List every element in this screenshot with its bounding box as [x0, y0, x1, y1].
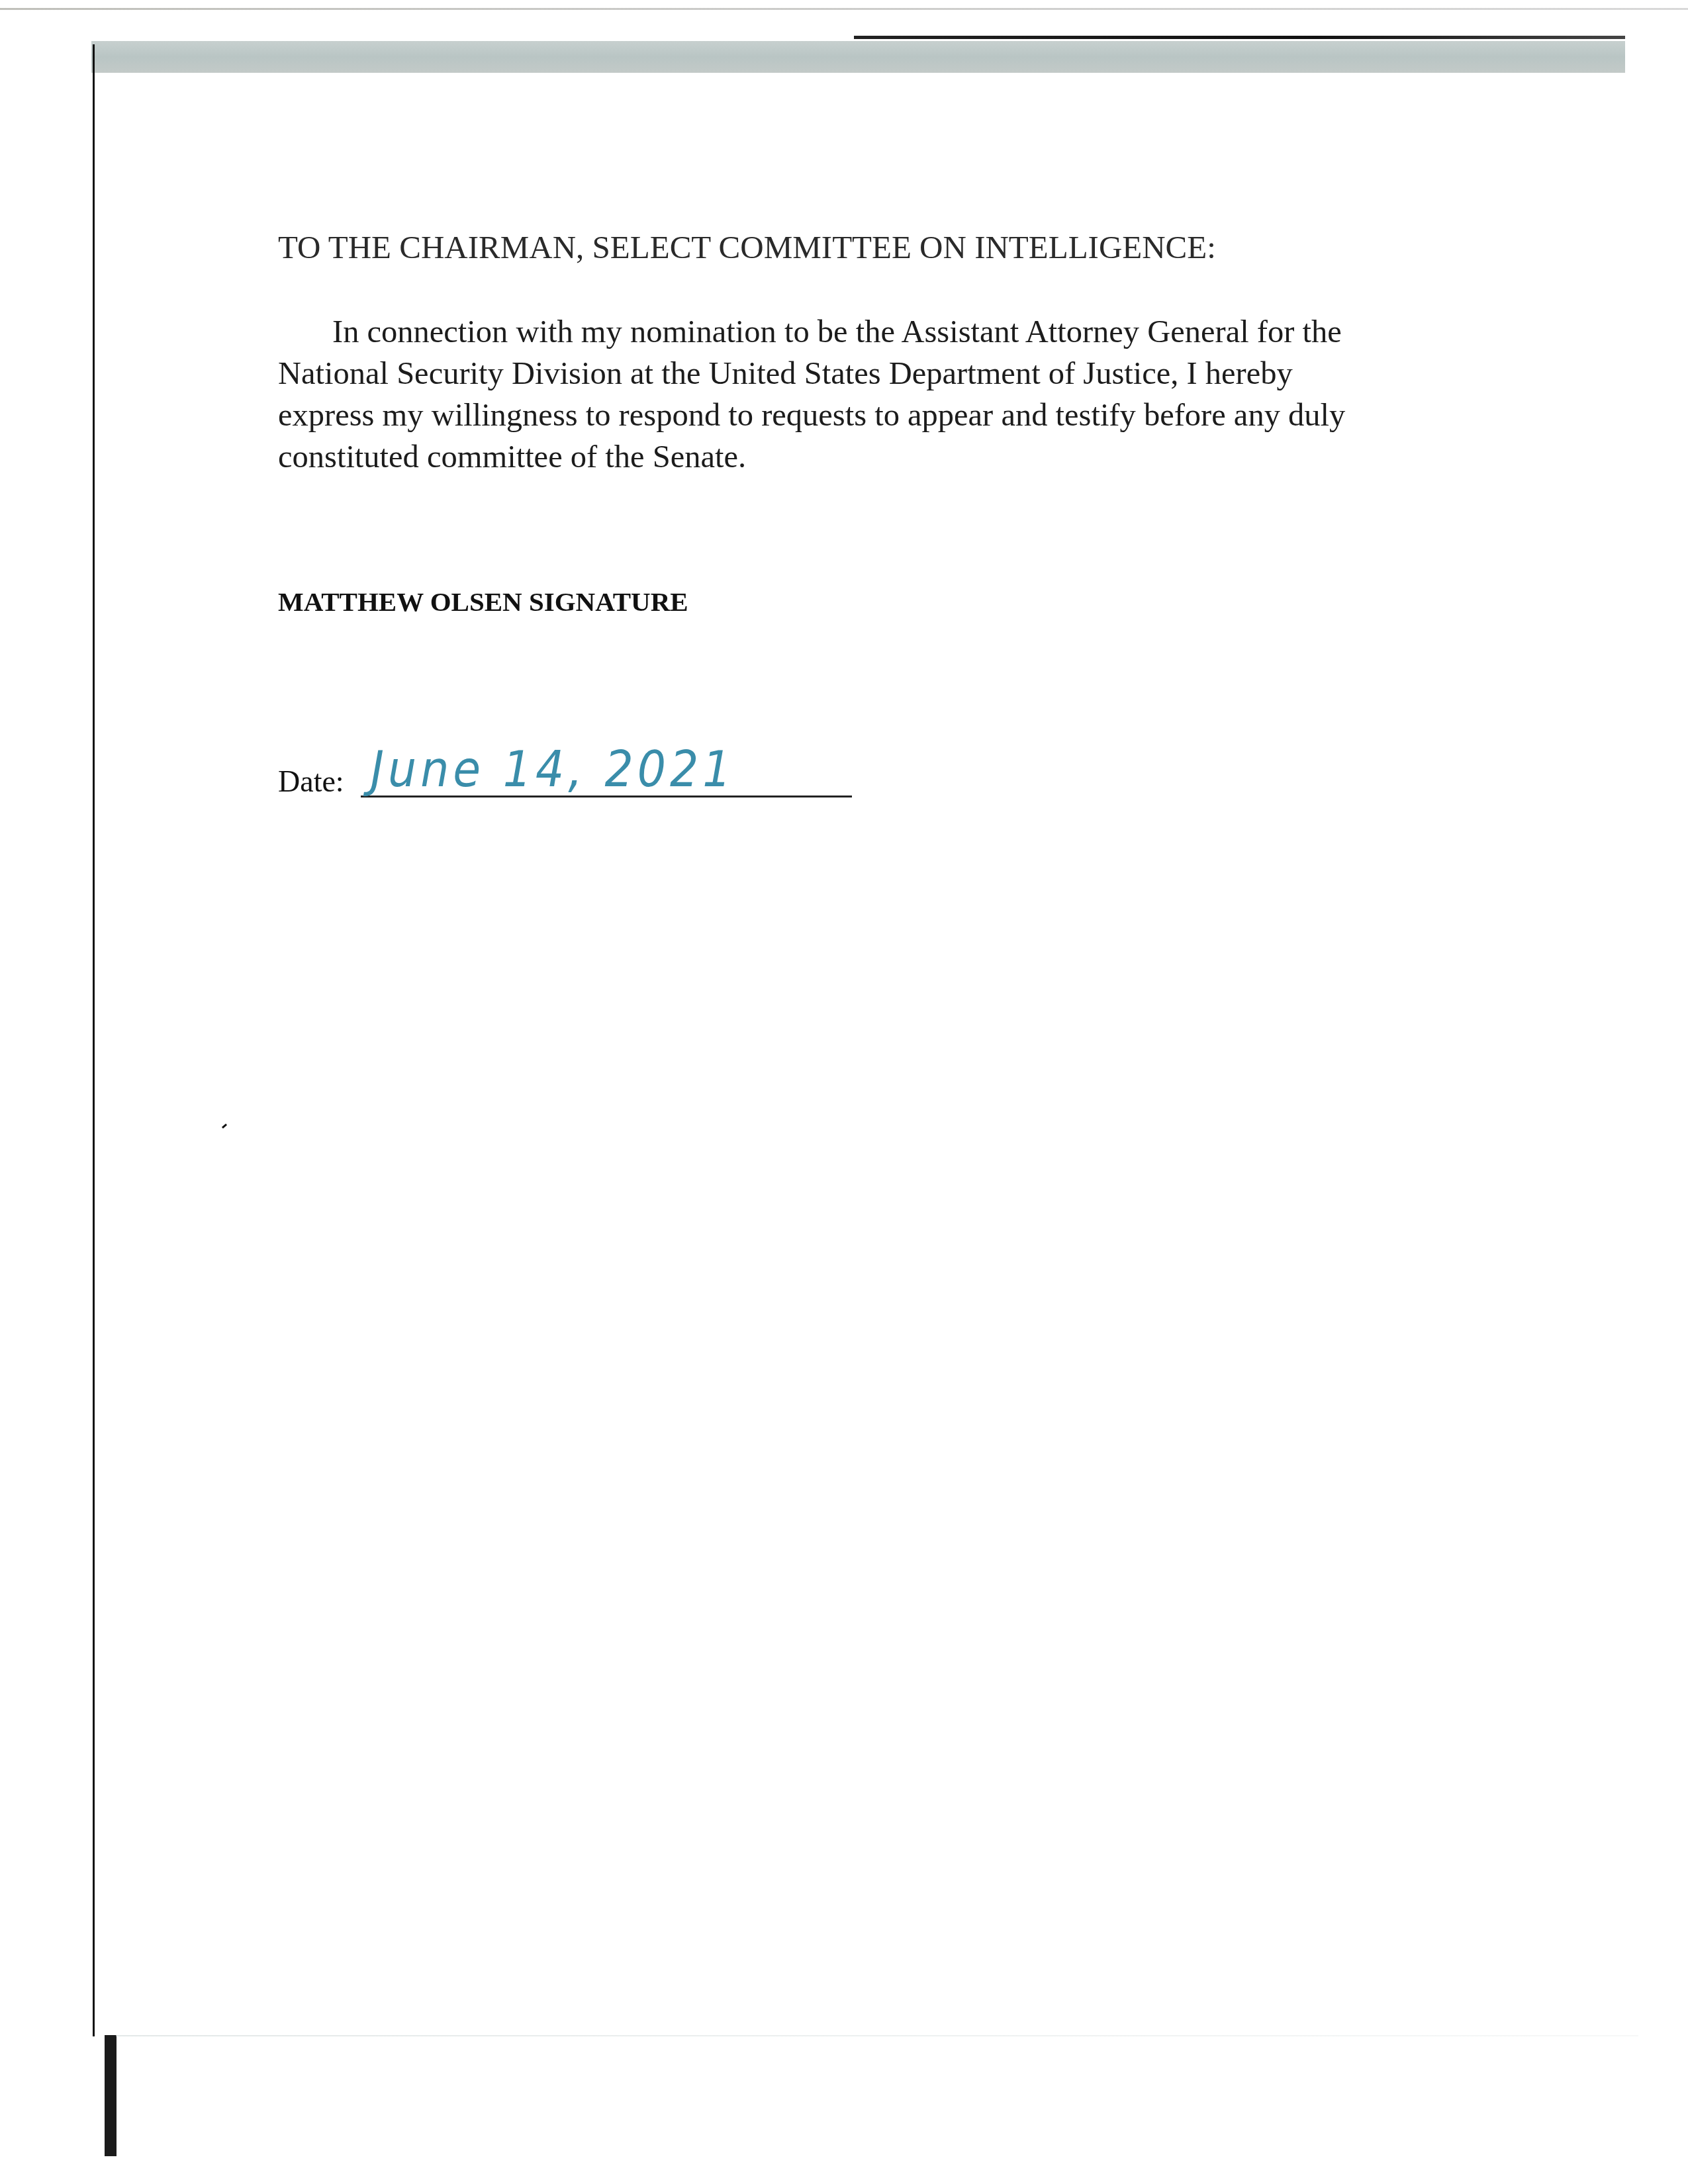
paragraph-line: constituted committee of the Senate.: [278, 436, 1456, 478]
paragraph-line: express my willingness to respond to req…: [278, 394, 1456, 436]
letter-heading: TO THE CHAIRMAN, SELECT COMMITTEE ON INT…: [278, 228, 1216, 266]
handwritten-date: June 14, 2021: [371, 741, 735, 799]
scan-artifact-top-line: [0, 8, 1688, 10]
scan-artifact-dark-rule: [854, 36, 1625, 39]
paragraph-line: In connection with my nomination to be t…: [278, 311, 1456, 353]
date-label: Date:: [278, 764, 344, 799]
signature-label: MATTHEW OLSEN SIGNATURE: [278, 586, 688, 617]
letter-body-paragraph: In connection with my nomination to be t…: [278, 311, 1456, 478]
scan-artifact-bottom-line: [116, 2035, 1638, 2036]
scan-left-border: [93, 44, 95, 2036]
scan-header-band: [91, 41, 1625, 73]
date-field: Date: June 14, 2021: [278, 754, 874, 807]
scan-artifact-stray-mark: [222, 1124, 227, 1128]
scan-left-border-thick: [105, 2035, 117, 2156]
paragraph-line: National Security Division at the United…: [278, 353, 1456, 394]
